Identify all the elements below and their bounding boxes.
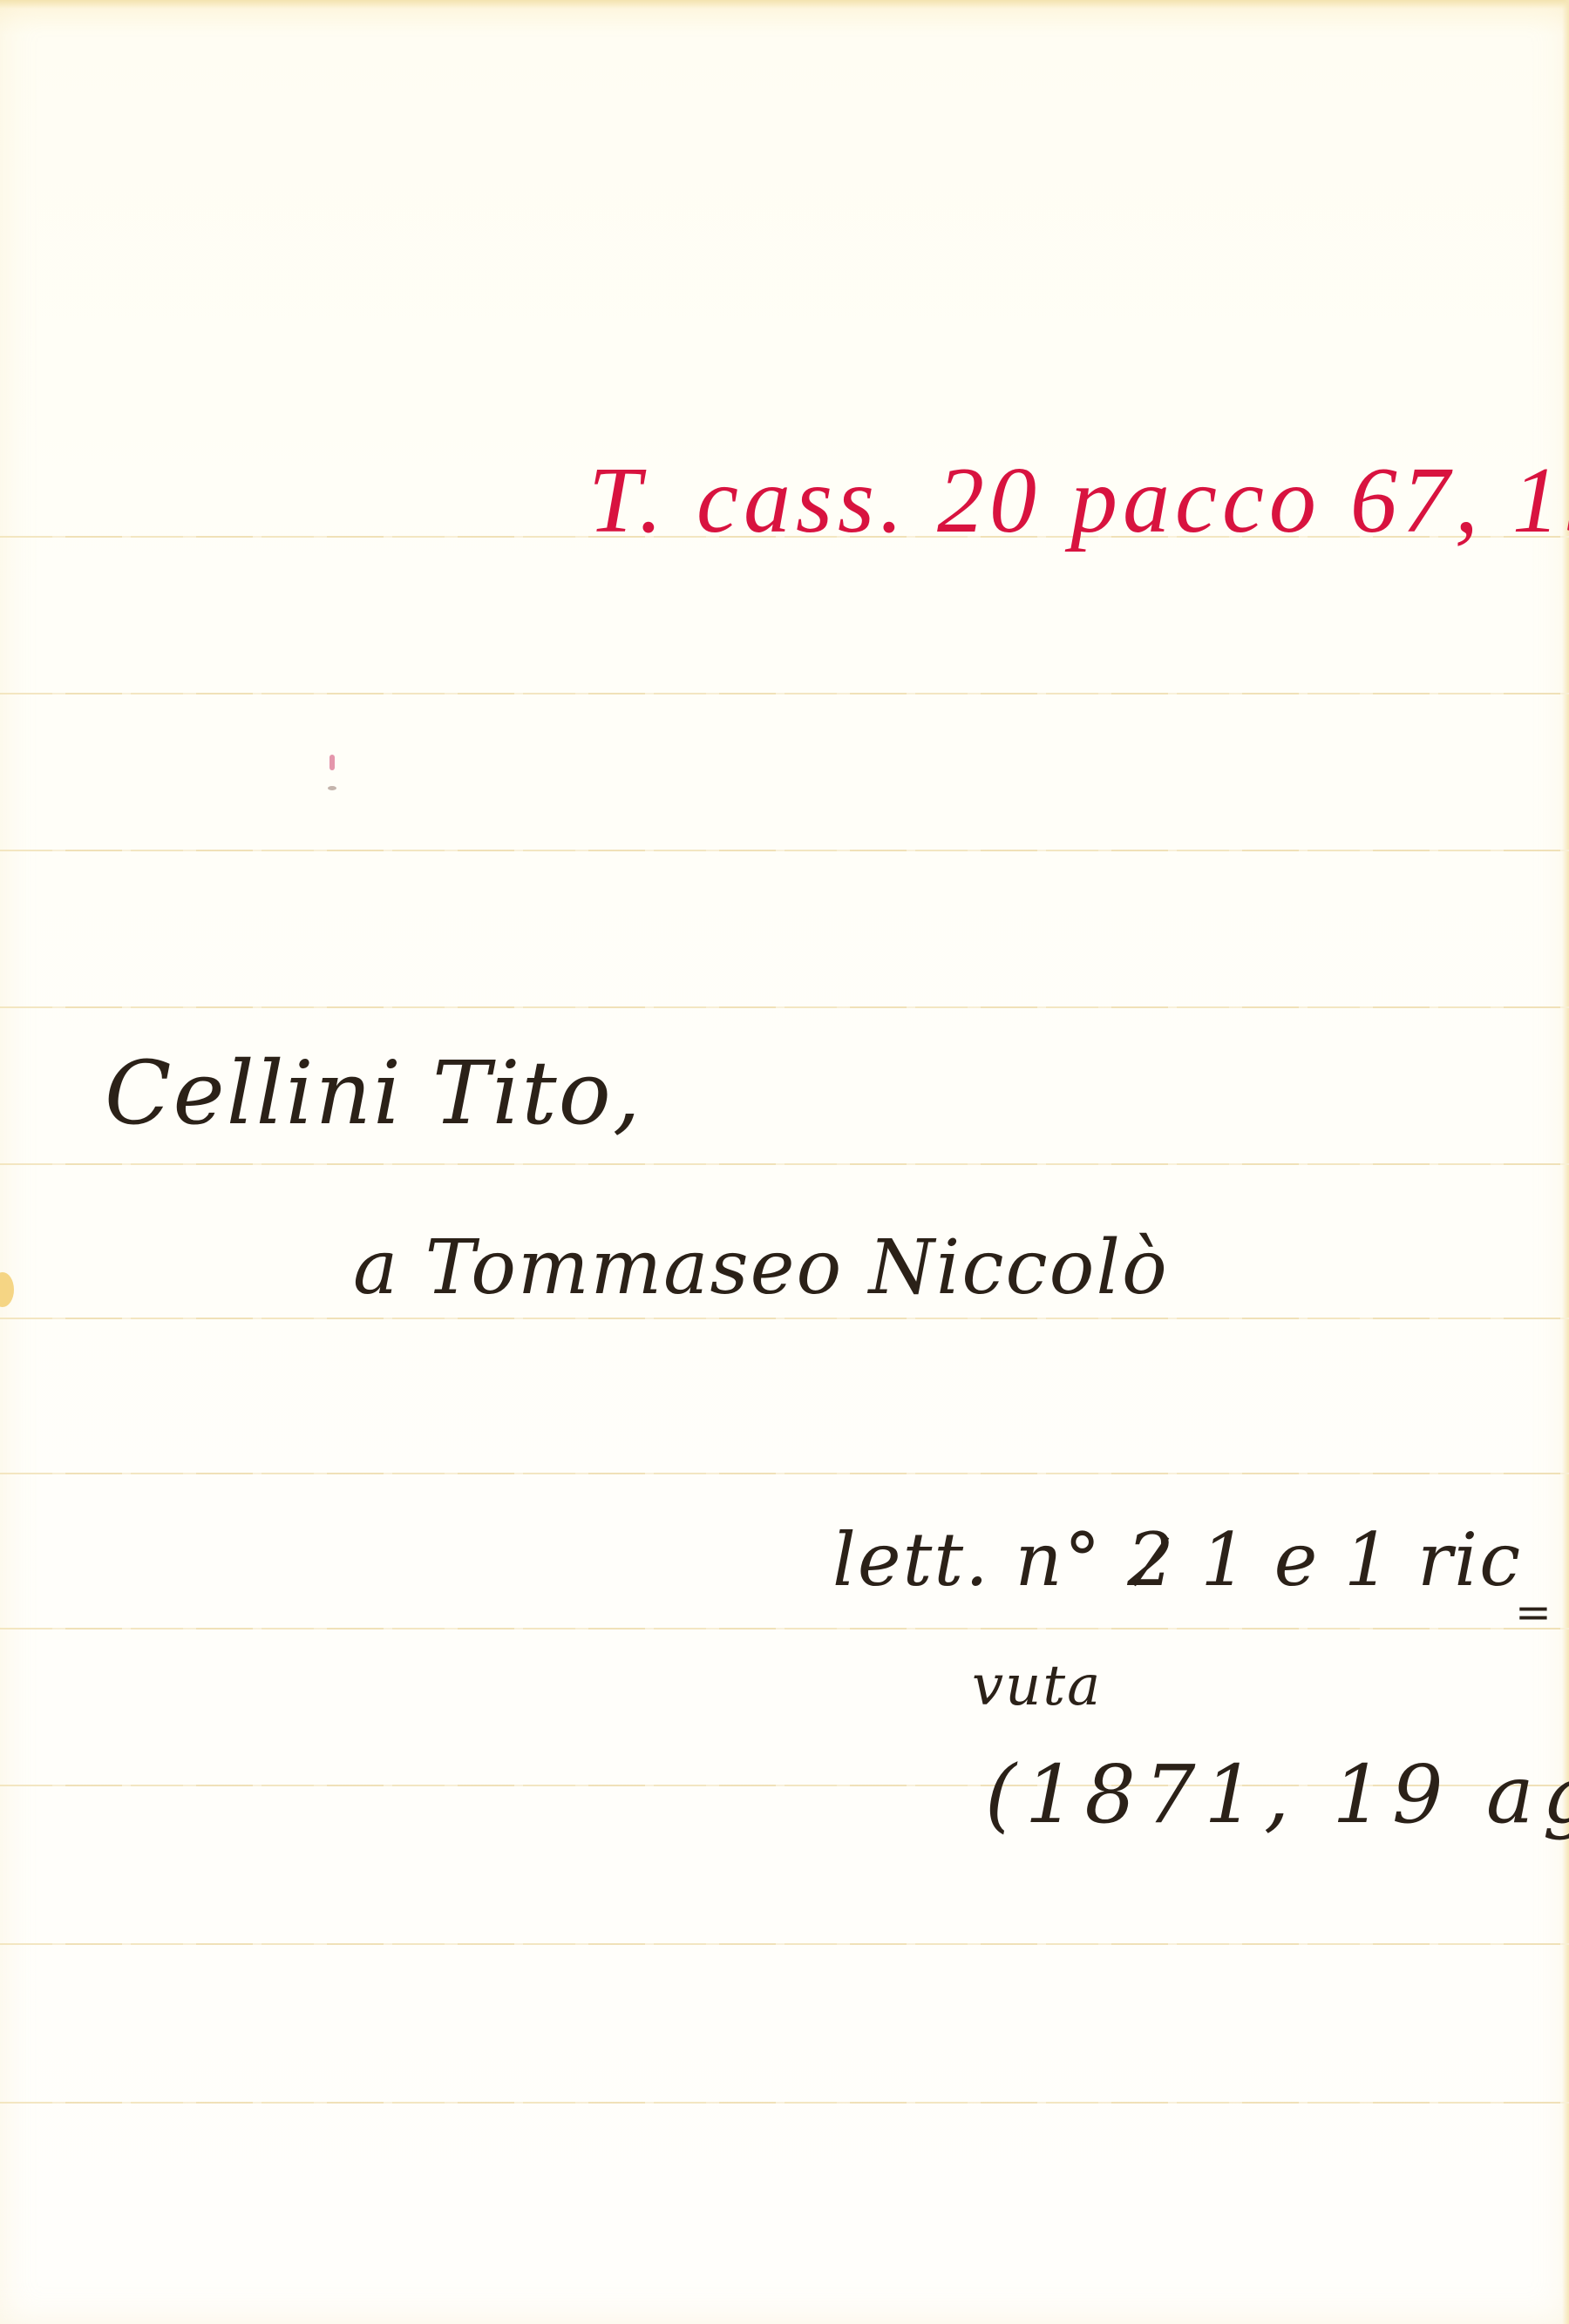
ruled-line (0, 1943, 1569, 1945)
letter-date: (1871, 19 ag.) (985, 1743, 1569, 1847)
ruled-line (0, 1628, 1569, 1630)
ink-speck (328, 786, 336, 790)
ink-speck (329, 755, 335, 770)
ruled-line (0, 850, 1569, 851)
letter-prefix: lett. n° (832, 1517, 1103, 1602)
letter-continuation: vuta (972, 1651, 1102, 1721)
shelfmark: T. cass. 20 pacco 67, 19 (588, 449, 1569, 553)
sender-name: Cellini Tito, (105, 1041, 642, 1146)
ruled-line (0, 2102, 1569, 2104)
recipient-line: a Tommaseo Niccolò (353, 1220, 1169, 1316)
paper-edge-top (0, 0, 1569, 9)
index-card: T. cass. 20 pacco 67, 19 Cellini Tito, a… (0, 0, 1569, 2324)
struck-value: 2 (1127, 1512, 1175, 1608)
ruled-line (0, 1318, 1569, 1319)
edge-stain (0, 1272, 14, 1307)
continuation-mark: = (1515, 1586, 1553, 1638)
letter-count-line: lett. n° 2 1 e 1 ric (832, 1512, 1522, 1608)
ruled-line (0, 1006, 1569, 1008)
ruled-line (0, 1473, 1569, 1474)
letter-count: 1 e 1 ric (1200, 1517, 1522, 1602)
paper-edge-right (1562, 0, 1569, 2324)
ruled-line (0, 1163, 1569, 1165)
ruled-line (0, 693, 1569, 694)
